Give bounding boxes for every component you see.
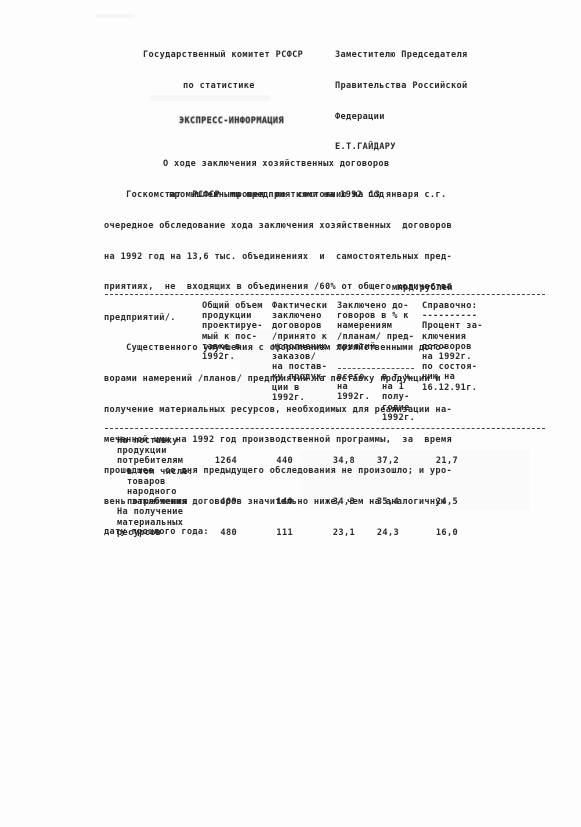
column-header-reference: Справочно:----------Процент за-ключенияд… <box>422 301 483 393</box>
scan-artifact <box>95 14 135 18</box>
column-header-contracted: Фактическизаключенодоговоров/принято кис… <box>272 301 327 403</box>
body-line: очередное обследование хода заключения х… <box>104 221 544 231</box>
subheader-rule <box>338 368 414 369</box>
header-line: ции в <box>272 383 327 393</box>
addressee-line: Правительства Российской <box>335 81 535 91</box>
row-label: в том числе: <box>117 467 477 477</box>
header-line: на постав- <box>272 362 327 372</box>
body-line: получение материальных ресурсов, необход… <box>104 405 544 415</box>
header-line: /планам/ пред- <box>337 332 414 342</box>
header-line: 1992г. <box>382 413 415 423</box>
table-row: На поставкупродукциипотребителям12644403… <box>117 436 477 467</box>
table-cell: 409 <box>220 497 237 507</box>
header-line: продукции <box>202 311 263 321</box>
header-line: приятий <box>337 342 414 352</box>
row-label: товаровнародногопотребления <box>117 477 477 508</box>
table-cell: 440 <box>276 456 293 466</box>
table-cell: 35,4 <box>377 497 399 507</box>
addressee-line: Заместителю Председателя <box>335 50 535 60</box>
table-units: млрд.рублей <box>392 283 453 293</box>
column-header-percent: Заключено до-говоров в % кнамерениям/пла… <box>337 301 414 352</box>
row-label-line: На поставку <box>117 436 477 446</box>
row-label-line: потребления <box>127 497 477 507</box>
header-line: всего <box>337 372 370 382</box>
row-label-line: потребителям <box>117 456 477 466</box>
table-cell: 23,1 <box>333 528 355 538</box>
subcolumn-header-total: всегона1992г. <box>337 372 370 403</box>
sender-org-sub: по статистике <box>143 81 333 91</box>
header-line: договоров <box>272 321 327 331</box>
body-line: на 1992 год на 13,6 тыс. объединениях и … <box>104 252 544 262</box>
header-line: 16.12.91г. <box>422 383 483 393</box>
header-line: /принято к <box>272 332 327 342</box>
table-cell: 111 <box>276 528 293 538</box>
row-label: На поставкупродукциипотребителям <box>117 436 477 467</box>
addressee-line: Федерации <box>335 112 535 122</box>
body-line: Госкомстат РСФСР провел по состоянию на … <box>104 190 544 200</box>
header-line: годие <box>382 403 415 413</box>
header-line: проектируе- <box>202 321 263 331</box>
express-info-stamp: ЭКСПРЕСС-ИНФОРМАЦИЯ <box>143 116 333 126</box>
header-line: полу- <box>382 392 415 402</box>
header-line: исполнению <box>272 342 327 352</box>
table-row: в том числе: <box>117 467 477 477</box>
row-label: На получениематериальныхресурсов <box>117 507 477 538</box>
header-line: Процент за- <box>422 321 483 331</box>
header-line: 1992г. <box>202 352 263 362</box>
row-label-line: продукции <box>117 446 477 456</box>
table-cell: 24,5 <box>436 497 458 507</box>
table-cell: 34,8 <box>333 456 355 466</box>
document-page: Государственный комитет РСФСР по статист… <box>0 0 581 827</box>
row-label-line: товаров <box>127 477 477 487</box>
header-line: 1992г. <box>272 393 327 403</box>
header-line: по состоя- <box>422 362 483 372</box>
table-top-rule <box>105 294 545 295</box>
table-header-rule <box>105 428 545 429</box>
table-cell: 24,3 <box>377 528 399 538</box>
body-line: приятиях, не входящих в объединения /60%… <box>104 282 544 292</box>
header-line: ---------- <box>422 311 483 321</box>
header-line: заключено <box>272 311 327 321</box>
row-label-line: материальных <box>117 518 477 528</box>
row-label-line: ресурсов <box>117 528 477 538</box>
header-line: 1992г. <box>337 392 370 402</box>
header-line: Общий объем <box>202 301 263 311</box>
header-line: на <box>337 382 370 392</box>
header-line: мый к пос- <box>202 332 263 342</box>
table-cell: 140 <box>276 497 293 507</box>
table-row: На получениематериальныхресурсов48011123… <box>117 507 477 538</box>
title-line: О ходе заключения хозяйственных договоро… <box>163 159 463 169</box>
table-cell: 21,7 <box>436 456 458 466</box>
header-line: Справочно: <box>422 301 483 311</box>
row-label-line: народного <box>127 487 477 497</box>
header-line: ключения <box>422 332 483 342</box>
header-line: ку продук- <box>272 372 327 382</box>
table-cell: 480 <box>220 528 237 538</box>
header-line: намерениям <box>337 321 414 331</box>
sender-org: Государственный комитет РСФСР <box>143 50 333 60</box>
table-cell: 16,0 <box>436 528 458 538</box>
sender-block: Государственный комитет РСФСР по статист… <box>143 30 333 146</box>
header-line: на 1992г. <box>422 352 483 362</box>
column-header-total-volume: Общий объемпродукциипроектируе-мый к пос… <box>202 301 263 362</box>
subcolumn-header-half-year: в т.ч.на 1полу-годие1992г. <box>382 372 415 423</box>
header-line: заказов/ <box>272 352 327 362</box>
header-line: в т.ч. <box>382 372 415 382</box>
header-line: тавке в <box>202 342 263 352</box>
row-label-line: в том числе: <box>127 467 477 477</box>
table-cell: 34,3 <box>333 497 355 507</box>
table-row: товаровнародногопотребления40914034,335,… <box>117 477 477 508</box>
row-label-line: На получение <box>117 507 477 517</box>
header-line: на 1 <box>382 382 415 392</box>
header-line: нию на <box>422 372 483 382</box>
table-cell: 37,2 <box>377 456 399 466</box>
header-line: договоров <box>422 342 483 352</box>
header-line: говоров в % к <box>337 311 414 321</box>
header-line: Фактически <box>272 301 327 311</box>
table-cell: 1264 <box>215 456 237 466</box>
header-line: Заключено до- <box>337 301 414 311</box>
